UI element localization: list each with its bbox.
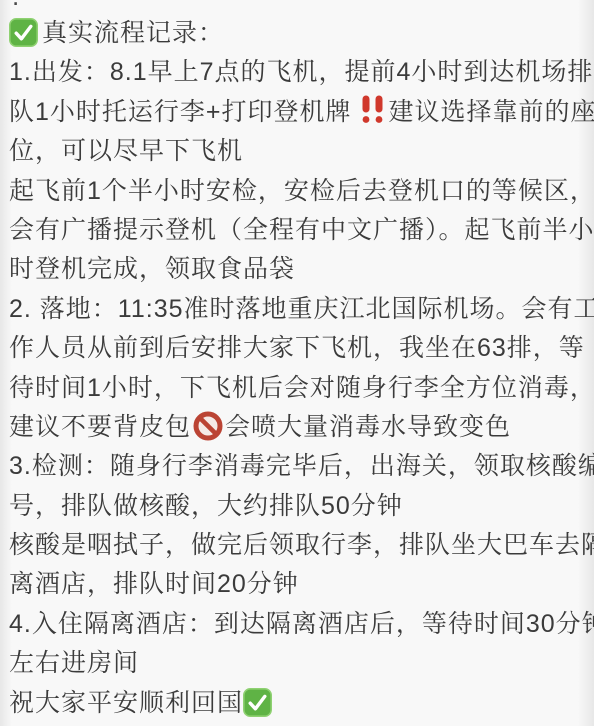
text-segment: 核酸是咽拭子，做完后领取行李，排队坐大巴车去隔 [9, 531, 594, 559]
text-segment: 起飞前1个半小时安检，安检后去登机口的等候区， [9, 177, 594, 205]
text-segment: 建议选择靠前的座 [389, 98, 594, 126]
check-mark-emoji [243, 688, 272, 717]
text-segment: 时登机完成，领取食品袋 [9, 255, 295, 283]
text-line-9: 作人员从前到后安排大家下飞机，我坐在63排，等 [9, 329, 590, 368]
text-line-13: 号，排队做核酸，大约排队50分钟 [9, 487, 590, 526]
text-line-4: 位，可以尽早下飞机 [9, 132, 590, 171]
text-segment: 待时间1小时，下飞机后会对随身行李全方位消毒， [9, 374, 594, 402]
text-line-1: 真实流程记录： [9, 14, 590, 53]
text-segment: 会有广播提示登机（全程有中文广播）。起飞前半小 [9, 216, 594, 244]
double-exclamation-emoji [359, 94, 386, 124]
text-line-8: 2. 落地：11:35准时落地重庆江北国际机场。会有工 [9, 290, 590, 329]
text-line-12: 3.检测：随身行李消毒完毕后，出海关，领取核酸编 [9, 447, 590, 486]
article-page: . 真实流程记录：1.出发：8.1早上7点的飞机，提前4小时到达机场排队1小时托… [0, 0, 594, 726]
text-segment: 真实流程记录： [42, 19, 224, 47]
text-line-7: 时登机完成，领取食品袋 [9, 250, 590, 289]
text-segment: 2. 落地：11:35准时落地重庆江北国际机场。会有工 [9, 295, 594, 323]
text-line-15: 离酒店，排队时间20分钟 [9, 565, 590, 604]
text-line-5: 起飞前1个半小时安检，安检后去登机口的等候区， [9, 172, 590, 211]
article-content: 真实流程记录：1.出发：8.1早上7点的飞机，提前4小时到达机场排队1小时托运行… [0, 0, 594, 723]
text-line-3: 队1小时托运行李+打印登机牌建议选择靠前的座 [9, 93, 590, 132]
text-segment: 3.检测：随身行李消毒完毕后，出海关，领取核酸编 [9, 452, 594, 480]
text-segment: 祝大家平安顺利回国 [9, 689, 243, 717]
text-segment: 建议不要背皮包 [9, 413, 191, 441]
text-segment: 队1小时托运行李+打印登机牌 [9, 98, 352, 126]
check-mark-emoji [9, 18, 38, 47]
cut-off-text-fragment: . [12, 0, 19, 12]
text-segment: 会喷大量消毒水导致变色 [225, 413, 511, 441]
text-segment: 1.出发：8.1早上7点的飞机，提前4小时到达机场排 [9, 58, 593, 86]
text-segment: 4.入住隔离酒店：到达隔离酒店后，等待时间30分钟 [9, 610, 594, 638]
text-segment: 离酒店，排队时间20分钟 [9, 570, 299, 598]
text-line-17: 左右进房间 [9, 644, 590, 683]
prohibited-emoji [193, 411, 223, 441]
text-line-14: 核酸是咽拭子，做完后领取行李，排队坐大巴车去隔 [9, 526, 590, 565]
text-segment: 位，可以尽早下飞机 [9, 137, 243, 165]
text-segment: 作人员从前到后安排大家下飞机，我坐在63排，等 [9, 334, 585, 362]
text-segment: 号，排队做核酸，大约排队50分钟 [9, 492, 403, 520]
text-segment: 左右进房间 [9, 649, 139, 677]
text-line-16: 4.入住隔离酒店：到达隔离酒店后，等待时间30分钟 [9, 605, 590, 644]
text-line-18: 祝大家平安顺利回国 [9, 684, 590, 723]
text-line-10: 待时间1小时，下飞机后会对随身行李全方位消毒， [9, 369, 590, 408]
text-line-11: 建议不要背皮包会喷大量消毒水导致变色 [9, 408, 590, 447]
text-line-6: 会有广播提示登机（全程有中文广播）。起飞前半小 [9, 211, 590, 250]
text-line-2: 1.出发：8.1早上7点的飞机，提前4小时到达机场排 [9, 53, 590, 92]
